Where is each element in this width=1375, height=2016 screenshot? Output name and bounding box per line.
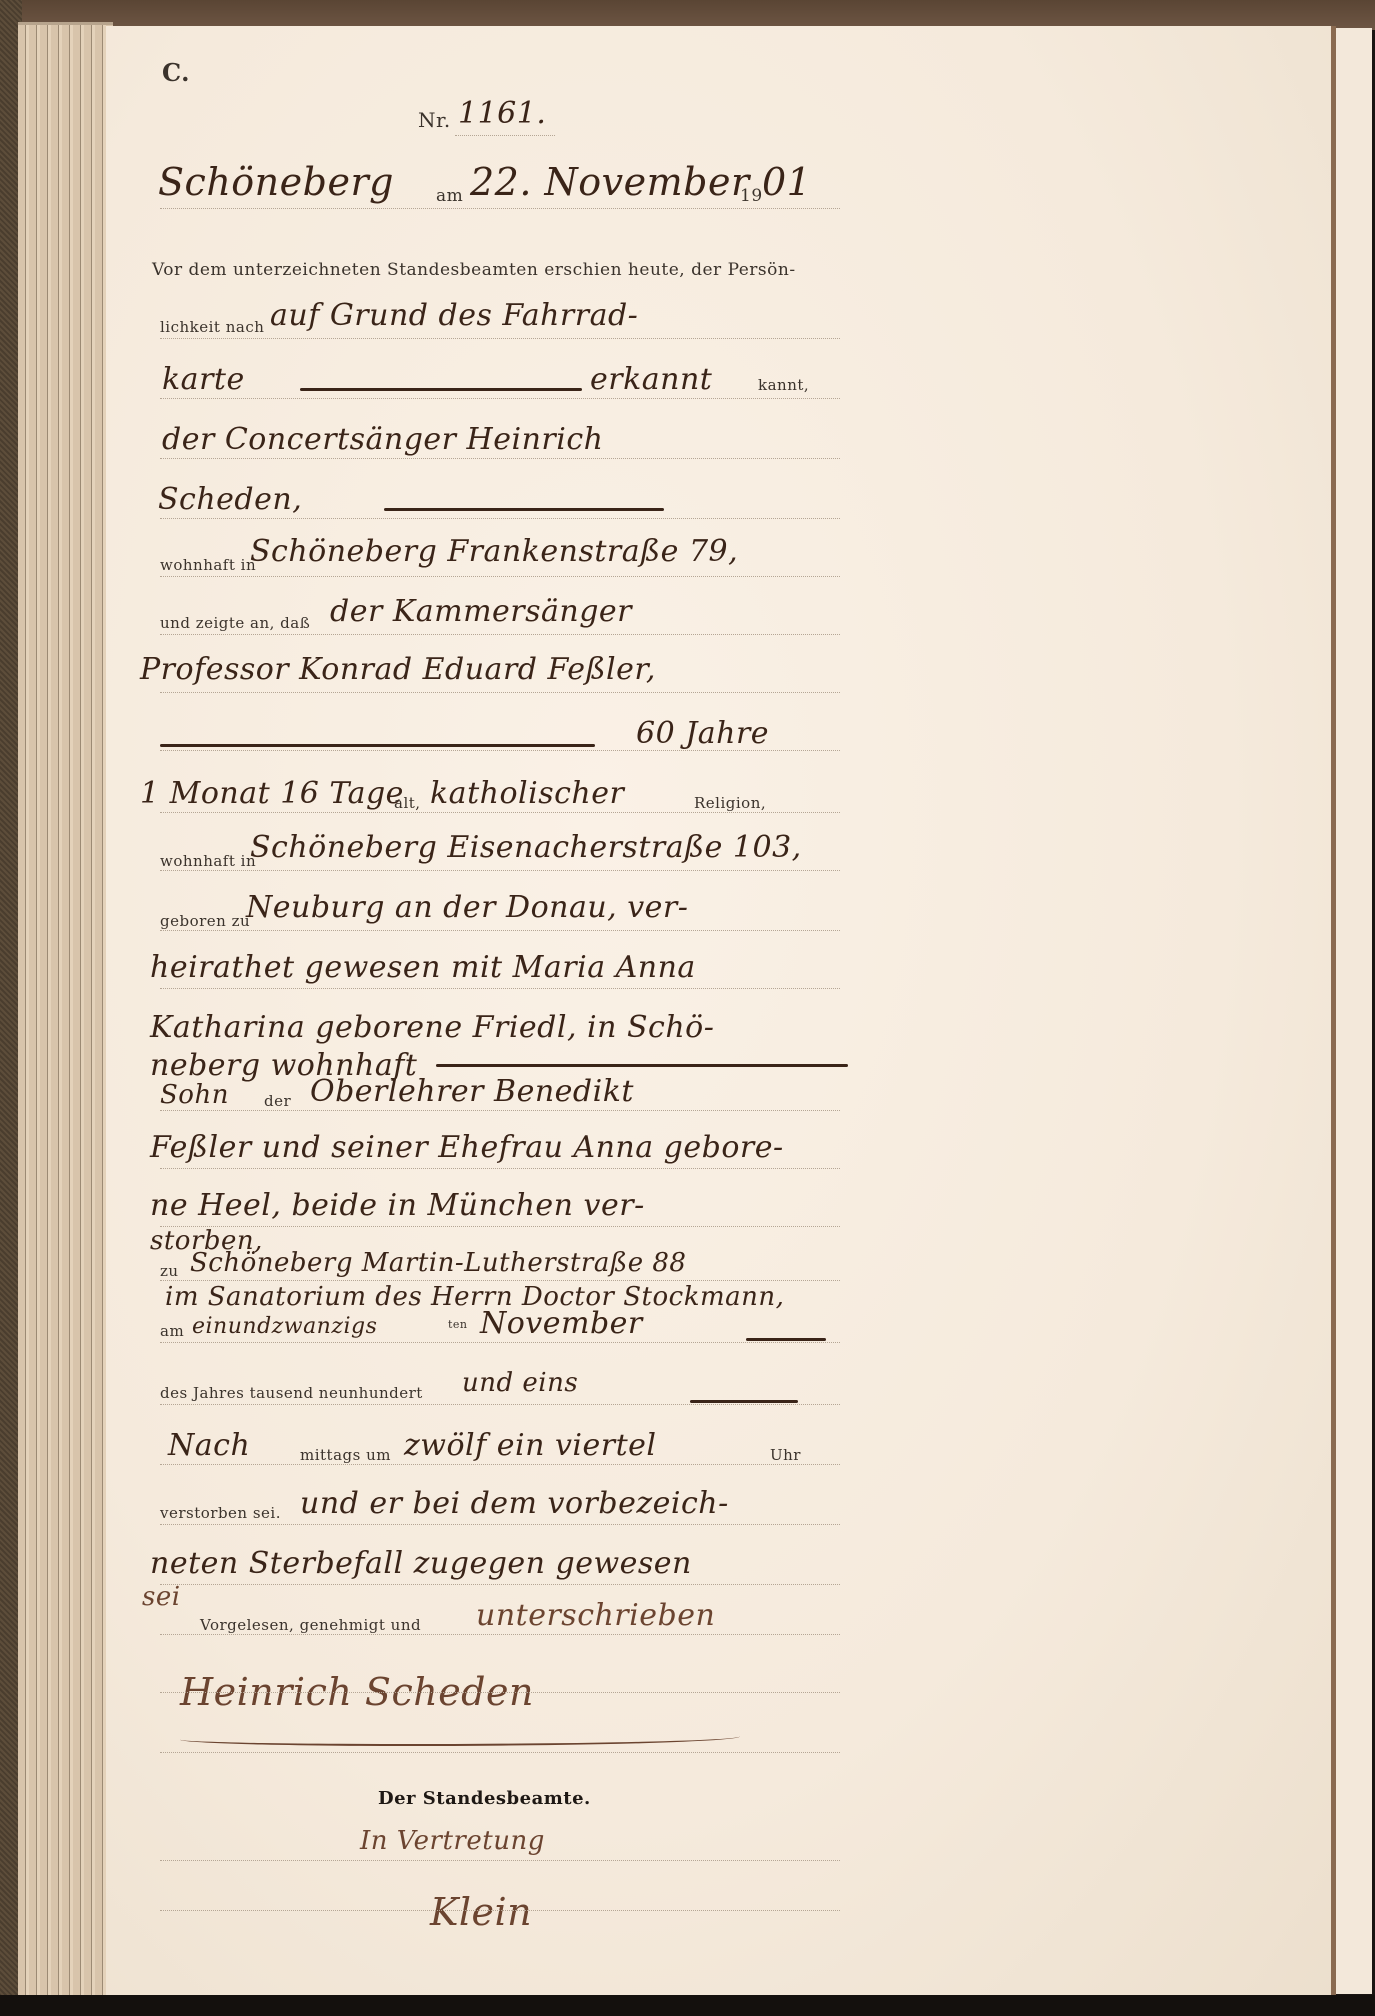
number-label: Nr. bbox=[418, 108, 451, 132]
handwritten-entry: 1 Monat 16 Tage bbox=[140, 776, 404, 811]
fill-stroke bbox=[160, 744, 595, 747]
dotted-line bbox=[160, 576, 840, 577]
printed-label: kannt, bbox=[758, 376, 809, 394]
handwritten-entry: katholischer bbox=[430, 776, 624, 811]
handwritten-entry: einundzwanzigs bbox=[192, 1314, 377, 1339]
printed-label: und zeigte an, daß bbox=[160, 614, 310, 632]
dotted-line bbox=[160, 1860, 840, 1861]
printed-label: geboren zu bbox=[160, 912, 250, 930]
dotted-line bbox=[455, 135, 555, 136]
registrar-signature: Klein bbox=[430, 1890, 532, 1934]
dotted-line bbox=[160, 518, 840, 519]
date-prefix: am bbox=[436, 186, 463, 206]
handwritten-entry: der Kammersänger bbox=[330, 594, 632, 629]
dotted-line bbox=[160, 1168, 840, 1169]
printed-label: zu bbox=[160, 1262, 179, 1280]
printed-label: des Jahres tausend neunhundert bbox=[160, 1384, 423, 1402]
printed-label: Religion, bbox=[694, 794, 766, 812]
fill-stroke bbox=[746, 1338, 826, 1341]
registrar-note: In Vertretung bbox=[360, 1826, 545, 1856]
handwritten-entry: und eins bbox=[462, 1368, 578, 1398]
handwritten-entry: und er bei dem vorbezeich- bbox=[300, 1486, 729, 1521]
dotted-line bbox=[160, 1110, 840, 1111]
dotted-line bbox=[160, 1524, 840, 1525]
record-number: 1161. bbox=[458, 96, 546, 131]
handwritten-entry: unterschrieben bbox=[476, 1598, 715, 1633]
printed-label: am bbox=[160, 1322, 184, 1340]
handwritten-entry: Schöneberg Frankenstraße 79, bbox=[250, 534, 738, 569]
dotted-line bbox=[160, 634, 840, 635]
year-prefix: 19 bbox=[740, 186, 763, 206]
fill-stroke bbox=[436, 1064, 848, 1067]
handwritten-entry: November bbox=[480, 1306, 643, 1341]
handwritten-entry: sei bbox=[142, 1582, 181, 1612]
fill-stroke bbox=[300, 388, 582, 391]
handwritten-entry: Feßler und seiner Ehefrau Anna gebore- bbox=[150, 1130, 784, 1165]
handwritten-entry: im Sanatorium des Herrn Doctor Stockmann… bbox=[165, 1282, 784, 1312]
handwritten-entry: neten Sterbefall zugegen gewesen bbox=[150, 1546, 692, 1581]
printed-label: verstorben sei. bbox=[160, 1504, 281, 1522]
handwritten-entry: der Concertsänger Heinrich bbox=[162, 422, 603, 457]
handwritten-entry: Oberlehrer Benedikt bbox=[310, 1074, 634, 1109]
handwritten-entry: Scheden, bbox=[158, 482, 302, 517]
registrar-title: Der Standesbeamte. bbox=[378, 1788, 591, 1809]
dotted-line bbox=[160, 930, 840, 931]
printed-line-1: Vor dem unterzeichneten Standesbeamten e… bbox=[152, 260, 796, 280]
printed-label: Vorgelesen, genehmigt und bbox=[200, 1616, 421, 1634]
dotted-line bbox=[160, 1584, 840, 1585]
dotted-line bbox=[160, 1280, 840, 1281]
date-day-month: 22. November bbox=[470, 160, 750, 204]
dotted-line bbox=[160, 1752, 840, 1753]
year-suffix: 01 bbox=[762, 160, 811, 204]
dotted-line bbox=[160, 398, 840, 399]
dotted-line bbox=[160, 1464, 840, 1465]
handwritten-entry: Katharina geborene Friedl, in Schö- bbox=[150, 1010, 714, 1045]
dotted-line bbox=[160, 208, 840, 209]
dotted-line bbox=[160, 1634, 840, 1635]
printed-label: der bbox=[264, 1092, 291, 1110]
printed-label: mittags um bbox=[300, 1446, 391, 1464]
next-page-edge bbox=[1336, 28, 1372, 1994]
dotted-line bbox=[160, 1404, 840, 1405]
handwritten-entry: erkannt bbox=[590, 362, 712, 397]
fill-stroke bbox=[690, 1400, 798, 1403]
page-stack-edges bbox=[18, 22, 113, 2000]
dotted-line bbox=[160, 458, 840, 459]
dotted-line bbox=[160, 988, 840, 989]
handwritten-entry: Sohn bbox=[160, 1080, 229, 1110]
handwritten-entry: karte bbox=[162, 362, 245, 397]
dotted-line bbox=[160, 338, 840, 339]
handwritten-entry: Nach bbox=[168, 1428, 250, 1463]
printed-label: ten bbox=[448, 1318, 468, 1331]
handwritten-entry: Neuburg an der Donau, ver- bbox=[246, 890, 688, 925]
printed-label: Uhr bbox=[770, 1446, 801, 1464]
handwritten-entry: 60 Jahre bbox=[636, 716, 769, 751]
printed-label: wohnhaft in bbox=[160, 852, 256, 870]
place: Schöneberg bbox=[158, 160, 394, 204]
printed-label: wohnhaft in bbox=[160, 556, 256, 574]
dotted-line bbox=[160, 1692, 840, 1693]
fill-stroke bbox=[384, 508, 664, 511]
handwritten-entry: zwölf ein viertel bbox=[404, 1428, 657, 1463]
handwritten-entry: ne Heel, beide in München ver- bbox=[150, 1188, 645, 1223]
handwritten-entry: auf Grund des Fahrrad- bbox=[270, 298, 638, 333]
printed-label: alt, bbox=[394, 794, 421, 812]
dotted-line bbox=[160, 692, 840, 693]
dotted-line bbox=[160, 812, 840, 813]
form-letter: C. bbox=[162, 58, 190, 87]
dotted-line bbox=[160, 1910, 840, 1911]
handwritten-entry: Schöneberg Martin-Lutherstraße 88 bbox=[190, 1248, 686, 1278]
dotted-line bbox=[160, 870, 840, 871]
printed-label: lichkeit nach bbox=[160, 318, 264, 336]
handwritten-entry: Schöneberg Eisenacherstraße 103, bbox=[250, 830, 802, 865]
handwritten-entry: heirathet gewesen mit Maria Anna bbox=[150, 950, 696, 985]
bottom-shadow bbox=[0, 1995, 1375, 2016]
dotted-line bbox=[160, 1342, 840, 1343]
dotted-line bbox=[160, 750, 840, 751]
handwritten-entry: Professor Konrad Eduard Feßler, bbox=[140, 652, 656, 687]
